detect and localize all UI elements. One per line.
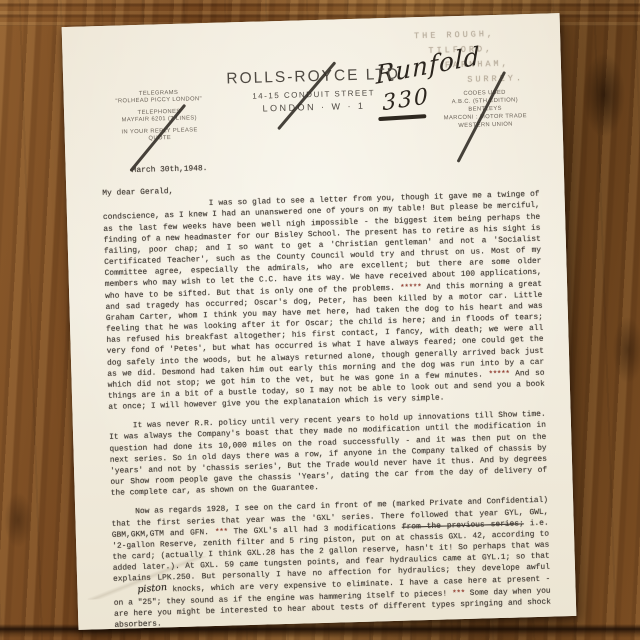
letter-text-red: *****: [400, 283, 421, 293]
letter-paragraph: Now as regards 1928, I see on the card i…: [111, 495, 551, 631]
letter-text: It was never R.R. policy until very rece…: [109, 410, 547, 498]
letter-text-red: ***: [452, 589, 465, 598]
letter-text-red: ***: [215, 527, 228, 536]
letter-text-hand: piston: [113, 582, 167, 597]
letter-date: March 30th,1948.: [132, 154, 539, 177]
letter-text-strike: from the previous series;: [402, 519, 524, 531]
photo-scene: THE ROUGH, TILFORD, FARNHAM, SURREY. Run…: [0, 0, 640, 640]
typed-letter-body: March 30th,1948. My dear Gerald, I was s…: [102, 154, 552, 631]
letter-paragraph: I was so glad to see a letter from you, …: [103, 189, 546, 413]
letter-paper: THE ROUGH, TILFORD, FARNHAM, SURREY. Run…: [62, 13, 577, 630]
letter-paragraph: It was never R.R. policy until very rece…: [109, 409, 548, 499]
letter-text-red: *****: [488, 370, 509, 380]
